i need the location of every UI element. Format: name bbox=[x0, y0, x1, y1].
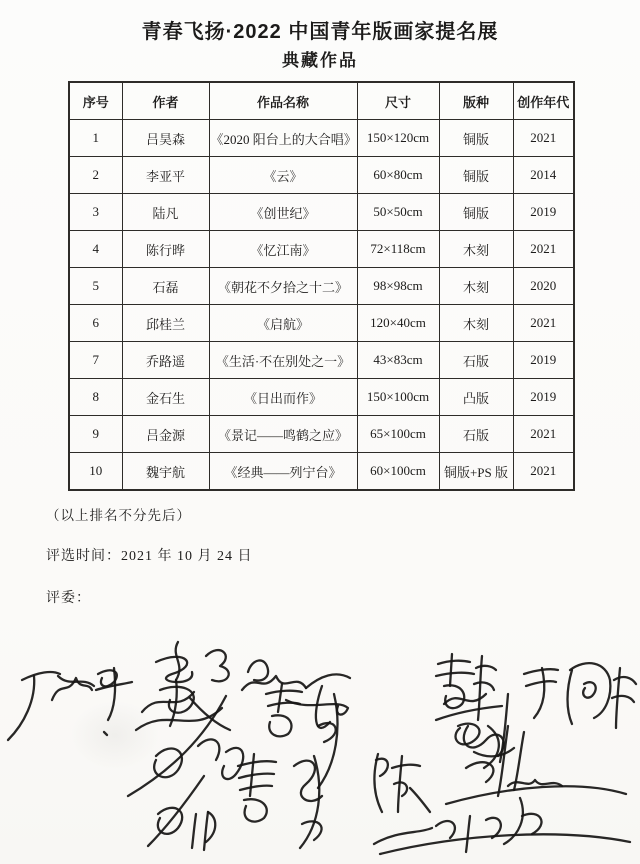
cell-medium: 石版 bbox=[439, 342, 513, 379]
column-header-year: 创作年代 bbox=[513, 82, 574, 120]
cell-medium: 凸版 bbox=[439, 379, 513, 416]
ranking-note: （以上排名不分先后） bbox=[46, 504, 640, 524]
cell-medium: 铜版 bbox=[439, 194, 513, 231]
column-header-title: 作品名称 bbox=[209, 82, 357, 120]
table-row: 3 陆凡 《创世纪》 50×50cm 铜版 2019 bbox=[69, 194, 574, 231]
table-row: 5 石磊 《朝花不夕拾之十二》 98×98cm 木刻 2020 bbox=[69, 268, 574, 305]
cell-year: 2021 bbox=[513, 120, 574, 157]
header-row: 序号 作者 作品名称 尺寸 版种 创作年代 bbox=[69, 82, 574, 120]
cell-author: 陈行晔 bbox=[122, 231, 209, 268]
signature-2 bbox=[156, 642, 230, 730]
cell-author: 吕金源 bbox=[122, 416, 209, 453]
signature-13 bbox=[374, 814, 630, 854]
cell-author: 邱桂兰 bbox=[122, 305, 209, 342]
signature-7 bbox=[266, 684, 337, 788]
cell-title: 《忆江南》 bbox=[209, 231, 357, 268]
cell-size: 120×40cm bbox=[357, 305, 439, 342]
artworks-table: 序号 作者 作品名称 尺寸 版种 创作年代 1 吕昊森 《2020 阳台上的大合… bbox=[68, 81, 575, 491]
cell-medium: 木刻 bbox=[439, 231, 513, 268]
cell-index: 5 bbox=[69, 268, 122, 305]
cell-medium: 铜版+PS 版 bbox=[439, 453, 513, 491]
column-header-index: 序号 bbox=[69, 82, 122, 120]
cell-author: 吕昊森 bbox=[122, 120, 209, 157]
cell-size: 72×118cm bbox=[357, 231, 439, 268]
cell-author: 乔路遥 bbox=[122, 342, 209, 379]
cell-year: 2021 bbox=[513, 305, 574, 342]
table-row: 9 吕金源 《景记——鸣鹤之应》 65×100cm 石版 2021 bbox=[69, 416, 574, 453]
cell-year: 2014 bbox=[513, 157, 574, 194]
judges-label: 评委： bbox=[46, 587, 640, 607]
cell-title: 《经典——列宁台》 bbox=[209, 453, 357, 491]
table-row: 1 吕昊森 《2020 阳台上的大合唱》 150×120cm 铜版 2021 bbox=[69, 120, 574, 157]
cell-year: 2019 bbox=[513, 379, 574, 416]
cell-year: 2019 bbox=[513, 194, 574, 231]
cell-size: 150×100cm bbox=[357, 379, 439, 416]
cell-title: 《生活·不在别处之一》 bbox=[209, 342, 357, 379]
scanned-document: { "page": { "title": "青春飞扬·2022 中国青年版画家提… bbox=[0, 0, 640, 864]
cell-index: 9 bbox=[69, 416, 122, 453]
cell-title: 《景记——鸣鹤之应》 bbox=[209, 416, 357, 453]
table-row: 10 魏宇航 《经典——列宁台》 60×100cm 铜版+PS 版 2021 bbox=[69, 453, 574, 491]
cell-index: 6 bbox=[69, 305, 122, 342]
table-row: 2 李亚平 《云》 60×80cm 铜版 2014 bbox=[69, 157, 574, 194]
cell-author: 石磊 bbox=[122, 268, 209, 305]
signature-10 bbox=[148, 776, 215, 850]
cell-medium: 木刻 bbox=[439, 268, 513, 305]
cell-index: 4 bbox=[69, 231, 122, 268]
cell-size: 150×120cm bbox=[357, 120, 439, 157]
cell-title: 《朝花不夕拾之十二》 bbox=[209, 268, 357, 305]
cell-title: 《云》 bbox=[209, 157, 357, 194]
cell-author: 陆凡 bbox=[122, 194, 209, 231]
cell-size: 60×80cm bbox=[357, 157, 439, 194]
cell-title: 《日出而作》 bbox=[209, 379, 357, 416]
cell-size: 65×100cm bbox=[357, 416, 439, 453]
document-subtitle: 典藏作品 bbox=[0, 46, 640, 71]
cell-year: 2021 bbox=[513, 231, 574, 268]
signature-3 bbox=[242, 660, 350, 714]
cell-title: 《启航》 bbox=[209, 305, 357, 342]
signature-12 bbox=[446, 726, 626, 844]
table-row: 6 邱桂兰 《启航》 120×40cm 木刻 2021 bbox=[69, 305, 574, 342]
signature-5 bbox=[524, 663, 636, 728]
cell-title: 《创世纪》 bbox=[209, 194, 357, 231]
cell-medium: 铜版 bbox=[439, 120, 513, 157]
document-title: 青春飞扬·2022 中国青年版画家提名展 bbox=[0, 15, 640, 44]
signature-6 bbox=[128, 692, 243, 796]
cell-index: 3 bbox=[69, 194, 122, 231]
cell-index: 7 bbox=[69, 342, 122, 379]
table-row: 8 金石生 《日出而作》 150×100cm 凸版 2019 bbox=[69, 379, 574, 416]
column-header-medium: 版种 bbox=[439, 82, 513, 120]
cell-year: 2021 bbox=[513, 416, 574, 453]
column-header-author: 作者 bbox=[122, 82, 209, 120]
cell-index: 8 bbox=[69, 379, 122, 416]
cell-title: 《2020 阳台上的大合唱》 bbox=[209, 120, 357, 157]
cell-medium: 铜版 bbox=[439, 157, 513, 194]
cell-index: 1 bbox=[69, 120, 122, 157]
cell-year: 2021 bbox=[513, 453, 574, 491]
cell-index: 10 bbox=[69, 453, 122, 491]
table-row: 4 陈行晔 《忆江南》 72×118cm 木刻 2021 bbox=[69, 231, 574, 268]
cell-author: 金石生 bbox=[122, 379, 209, 416]
signature-9 bbox=[238, 754, 322, 848]
table-row: 7 乔路遥 《生活·不在别处之一》 43×83cm 石版 2019 bbox=[69, 342, 574, 379]
cell-size: 50×50cm bbox=[357, 194, 439, 231]
cell-author: 魏宇航 bbox=[122, 453, 209, 491]
cell-author: 李亚平 bbox=[122, 157, 209, 194]
signature-4 bbox=[436, 654, 496, 720]
cell-medium: 木刻 bbox=[439, 305, 513, 342]
cell-size: 43×83cm bbox=[357, 342, 439, 379]
selection-time: 评选时间：2021 年 10 月 24 日 bbox=[46, 545, 640, 565]
column-header-size: 尺寸 bbox=[357, 82, 439, 120]
cell-medium: 石版 bbox=[439, 416, 513, 453]
cell-size: 60×100cm bbox=[357, 453, 439, 491]
judges-signatures bbox=[0, 628, 640, 864]
signature-11 bbox=[375, 754, 430, 812]
cell-size: 98×98cm bbox=[357, 268, 439, 305]
cell-year: 2020 bbox=[513, 268, 574, 305]
signature-1 bbox=[8, 668, 132, 740]
cell-index: 2 bbox=[69, 157, 122, 194]
cell-year: 2019 bbox=[513, 342, 574, 379]
